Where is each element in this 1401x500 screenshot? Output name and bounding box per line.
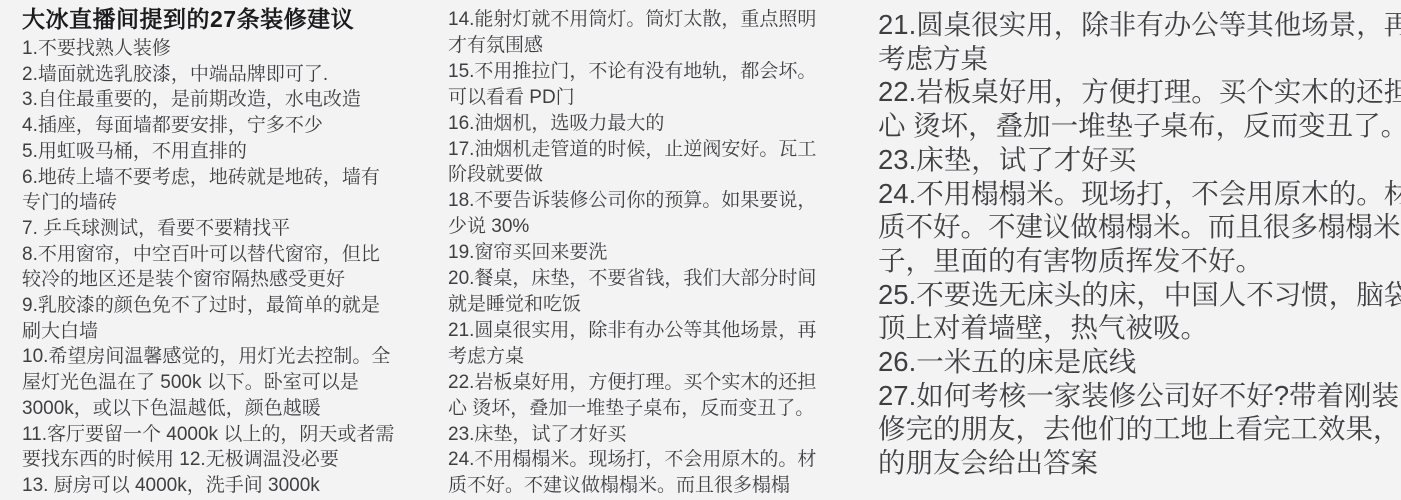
text-line: 8.不用窗帘，中空百叶可以替代窗帘，但比: [22, 242, 394, 268]
text-line: 10.希望房间温馨感觉的，用灯光去控制。全: [22, 344, 394, 370]
text-line: 阶段就要做: [448, 162, 816, 188]
text-line: 15.不用推拉门，不论有没有地轨，都会坏。: [448, 59, 816, 85]
text-line: 的朋友会给出答案: [878, 446, 1401, 480]
text-line: 质不好。不建议做榻榻米。而且很多榻榻: [448, 473, 816, 499]
text-line: 质不好。不建议做榻榻米。而且很多榻榻米垫: [878, 210, 1401, 244]
text-line: 26.一米五的床是底线: [878, 345, 1401, 379]
text-line: 23.床垫，试了才好买: [448, 422, 816, 448]
text-line: 9.乳胶漆的颜色免不了过时，最简单的就是: [22, 293, 394, 319]
text-line: 21.圆桌很实用，除非有办公等其他场景，再: [448, 318, 816, 344]
text-line: 7. 乒乓球测试，看要不要精找平: [22, 216, 394, 242]
text-line: 20.餐桌，床垫，不要省钱，我们大部分时间: [448, 266, 816, 292]
text-line: 1.不要找熟人装修: [22, 36, 394, 62]
column-1-lines: 1.不要找熟人装修2.墙面就选乳胶漆，中端品牌即可了.3.自住最重要的，是前期改…: [22, 36, 394, 499]
text-line: 13. 厨房可以 4000k，洗手间 3000k: [22, 473, 394, 499]
column-1: 大冰直播间提到的27条装修建议 1.不要找熟人装修2.墙面就选乳胶漆，中端品牌即…: [22, 4, 394, 499]
text-line: 2.墙面就选乳胶漆，中端品牌即可了.: [22, 62, 394, 88]
text-line: 24.不用榻榻米。现场打，不会用原木的。材: [448, 447, 816, 473]
text-line: 要找东西的时候用 12.无极调温没必要: [22, 447, 394, 473]
text-line: 4.插座，每面墙都要安排，宁多不少: [22, 113, 394, 139]
text-line: 心 烫坏，叠加一堆垫子桌布，反而变丑了。: [878, 109, 1401, 143]
text-line: 3.自住最重要的，是前期改造，水电改造: [22, 87, 394, 113]
text-line: 17.油烟机走管道的时候，止逆阀安好。瓦工: [448, 137, 816, 163]
text-line: 21.圆桌很实用，除非有办公等其他场景，再: [878, 8, 1401, 42]
text-line: 修完的朋友，去他们的工地上看完工效果，你: [878, 412, 1401, 446]
text-line: 18.不要告诉装修公司你的预算。如果要说，: [448, 188, 816, 214]
text-line: 少说 30%: [448, 214, 816, 240]
text-line: 子，里面的有害物质挥发不好。: [878, 244, 1401, 278]
text-line: 27.如何考核一家装修公司好不好?带着刚装: [878, 379, 1401, 413]
text-line: 5.用虹吸马桶，不用直排的: [22, 139, 394, 165]
text-line: 16.油烟机，选吸力最大的: [448, 111, 816, 137]
text-line: 专门的墙砖: [22, 190, 394, 216]
text-line: 11.客厅要留一个 4000k 以上的，阴天或者需: [22, 422, 394, 448]
text-line: 6.地砖上墙不要考虑，地砖就是地砖，墙有: [22, 165, 394, 191]
text-line: 考虑方桌: [448, 344, 816, 370]
text-line: 24.不用榻榻米。现场打，不会用原木的。材: [878, 177, 1401, 211]
text-line: 较冷的地区还是装个窗帘隔热感受更好: [22, 267, 394, 293]
text-line: 22.岩板桌好用，方便打理。买个实木的还担: [448, 370, 816, 396]
text-line: 就是睡觉和吃饭: [448, 292, 816, 318]
text-line: 25.不要选无床头的床，中国人不习惯，脑袋: [878, 278, 1401, 312]
text-line: 心 烫坏，叠加一堆垫子桌布，反而变丑了。: [448, 396, 816, 422]
text-line: 19.窗帘买回来要洗: [448, 240, 816, 266]
column-2: 14.能射灯就不用筒灯。筒灯太散，重点照明才有氛围感15.不用推拉门，不论有没有…: [448, 7, 816, 499]
text-line: 3000k，或以下色温越低，颜色越暖: [22, 396, 394, 422]
text-line: 可以看看 PD门: [448, 85, 816, 111]
text-line: 才有氛围感: [448, 33, 816, 59]
text-line: 刷大白墙: [22, 319, 394, 345]
text-line: 22.岩板桌好用，方便打理。买个实木的还担: [878, 75, 1401, 109]
page-title: 大冰直播间提到的27条装修建议: [22, 4, 394, 34]
column-3-lines: 21.圆桌很实用，除非有办公等其他场景，再考虑方桌22.岩板桌好用，方便打理。买…: [878, 8, 1401, 480]
text-line: 23.床垫，试了才好买: [878, 143, 1401, 177]
text-line: 顶上对着墙壁，热气被吸。: [878, 311, 1401, 345]
text-line: 考虑方桌: [878, 42, 1401, 76]
text-line: 14.能射灯就不用筒灯。筒灯太散，重点照明: [448, 7, 816, 33]
column-3-zoomed: 21.圆桌很实用，除非有办公等其他场景，再考虑方桌22.岩板桌好用，方便打理。买…: [878, 8, 1401, 480]
notes-page: 大冰直播间提到的27条装修建议 1.不要找熟人装修2.墙面就选乳胶漆，中端品牌即…: [0, 0, 1401, 500]
column-2-lines: 14.能射灯就不用筒灯。筒灯太散，重点照明才有氛围感15.不用推拉门，不论有没有…: [448, 7, 816, 499]
text-line: 屋灯光色温在了 500k 以下。卧室可以是: [22, 370, 394, 396]
